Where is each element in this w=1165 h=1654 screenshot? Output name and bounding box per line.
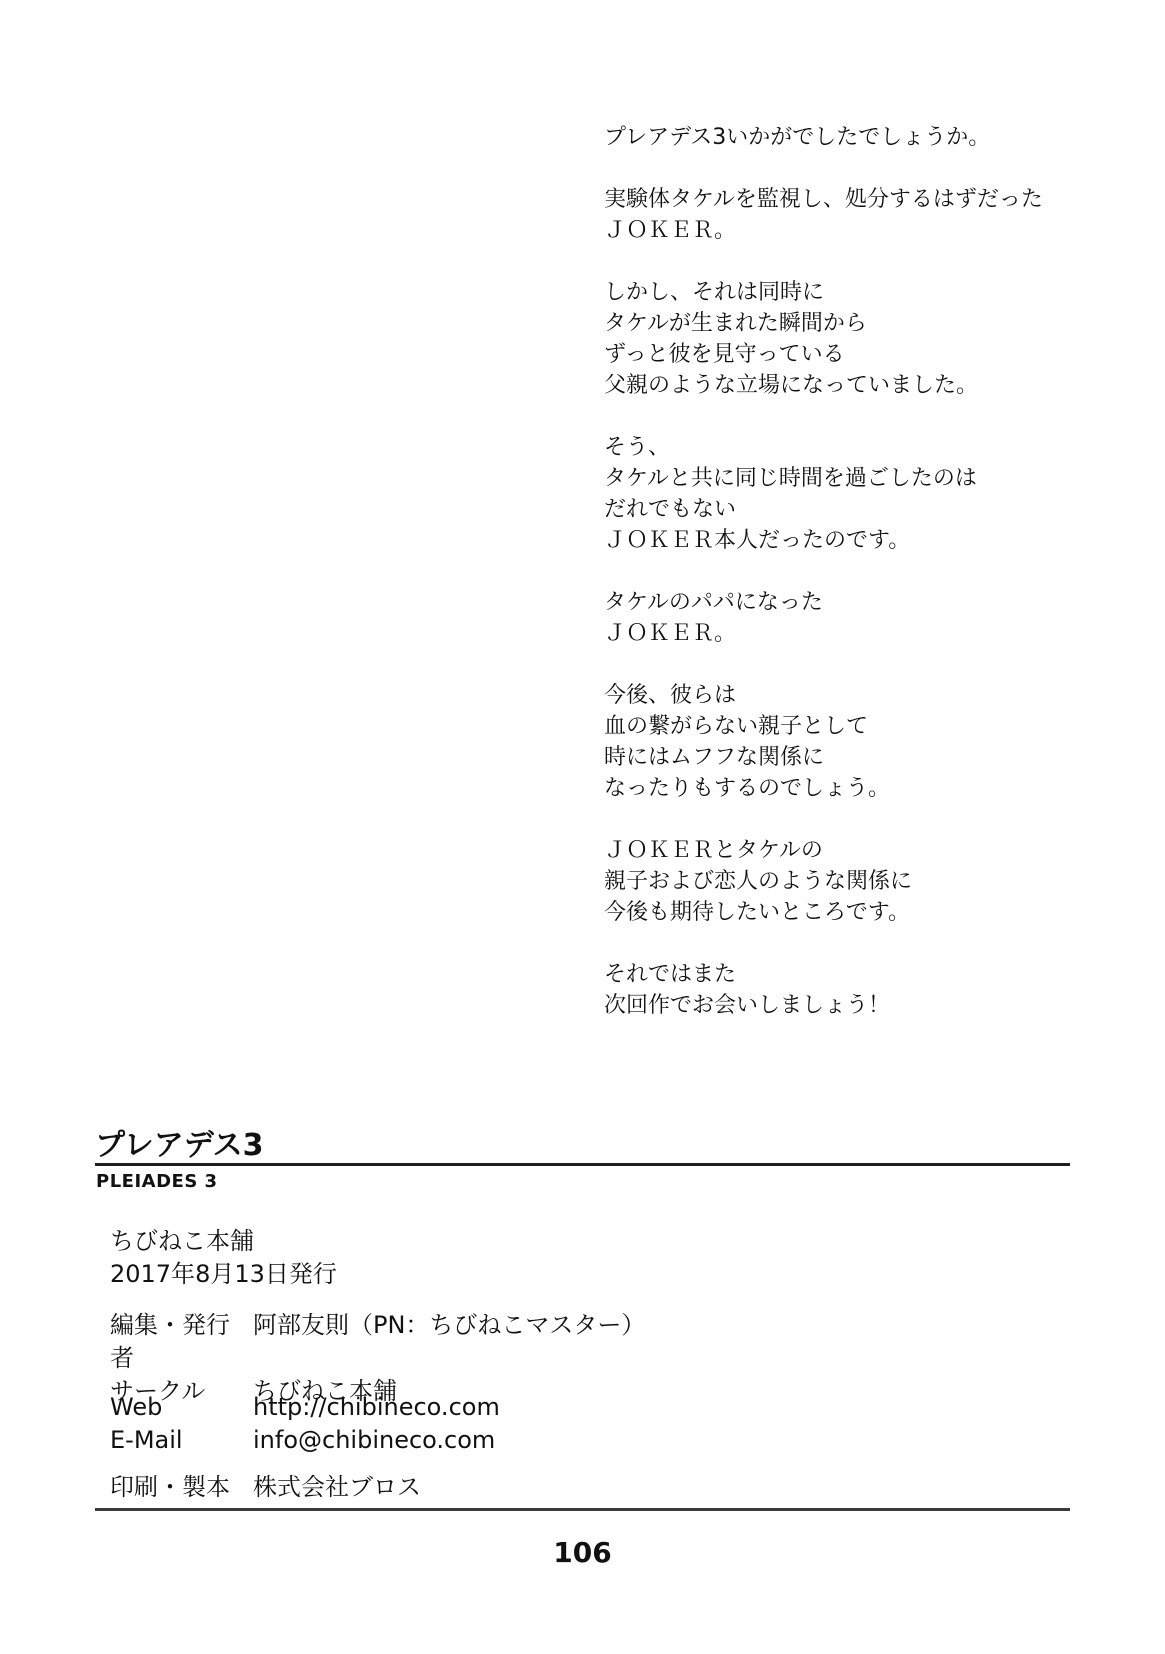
publish-date: 2017年8月13日発行	[110, 1258, 337, 1291]
doujinshi-colophon-page: プレアデス3いかがでしたでしょうか。 実験体タケルを監視し、処分するはずだった …	[0, 0, 1165, 1654]
afterword-text-block: プレアデス3いかがでしたでしょうか。 実験体タケルを監視し、処分するはずだった …	[604, 122, 1074, 1021]
afterword-paragraph: 今後、彼らは 血の繋がらない親子として 時にはムフフな関係に なったりもするので…	[604, 680, 1074, 804]
row-label: Web	[110, 1391, 253, 1424]
colophon-subtitle-romanized: PLEIADES 3	[96, 1171, 218, 1192]
contact-info-block: Web http://chibineco.com E-Mail info@chi…	[110, 1391, 500, 1457]
printer-info-block: 印刷・製本 株式会社ブロス	[110, 1471, 421, 1504]
row-label: E-Mail	[110, 1424, 253, 1457]
afterword-paragraph: 実験体タケルを監視し、処分するはずだった ＪＯＫＥＲ。	[604, 184, 1074, 246]
info-row-web: Web http://chibineco.com	[110, 1391, 500, 1424]
row-value: 株式会社ブロス	[253, 1471, 421, 1504]
email-address-text: info@chibineco.com	[253, 1424, 500, 1457]
colophon-title: プレアデス3	[95, 1128, 263, 1164]
info-row-editor: 編集・発行者 阿部友則（PN：ちびねこマスター）	[110, 1309, 645, 1375]
circle-name: ちびねこ本舗	[110, 1225, 337, 1258]
info-row-email: E-Mail info@chibineco.com	[110, 1424, 500, 1457]
afterword-paragraph: そう、 タケルと共に同じ時間を過ごしたのは だれでもない ＪＯＫＥＲ本人だったの…	[604, 432, 1074, 556]
row-value: 阿部友則（PN：ちびねこマスター）	[253, 1309, 645, 1375]
website-url-text: http://chibineco.com	[253, 1391, 500, 1424]
info-row-printer: 印刷・製本 株式会社ブロス	[110, 1471, 421, 1504]
row-label: 印刷・製本	[110, 1471, 253, 1504]
row-label: 編集・発行者	[110, 1309, 253, 1375]
circle-and-date-block: ちびねこ本舗 2017年8月13日発行	[110, 1225, 337, 1291]
page-number: 106	[0, 1536, 1165, 1569]
afterword-paragraph: ＪＯＫＥＲとタケルの 親子および恋人のような関係に 今後も期待したいところです。	[604, 835, 1074, 928]
title-underline-divider	[95, 1163, 1070, 1166]
afterword-paragraph: プレアデス3いかがでしたでしょうか。	[604, 122, 1074, 153]
footer-divider	[95, 1508, 1070, 1511]
afterword-paragraph: タケルのパパになった ＪＯＫＥＲ。	[604, 587, 1074, 649]
afterword-paragraph: それではまた 次回作でお会いしましょう！	[604, 959, 1074, 1021]
afterword-paragraph: しかし、それは同時に タケルが生まれた瞬間から ずっと彼を見守っている 父親のよ…	[604, 277, 1074, 401]
